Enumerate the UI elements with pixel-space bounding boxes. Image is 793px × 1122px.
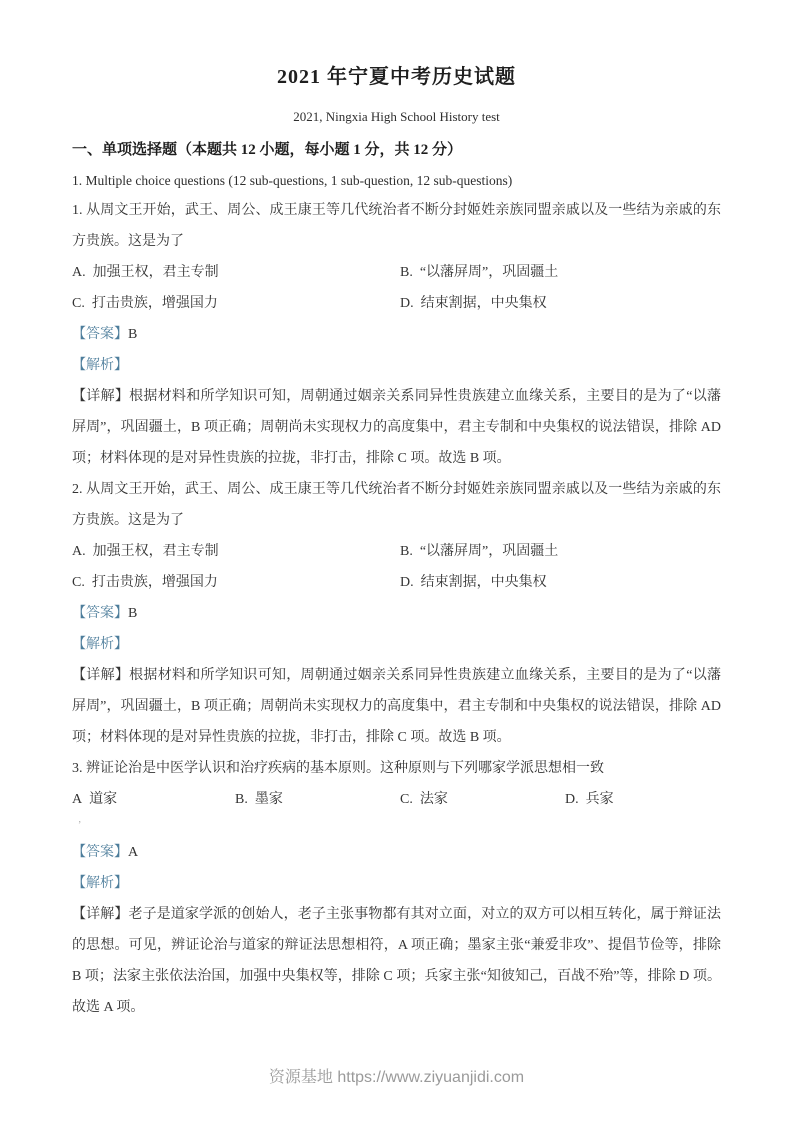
section-heading: 一、单项选择题（本题共 12 小题，每小题 1 分，共 12 分）	[72, 139, 721, 161]
detail-label: 【详解】	[72, 668, 129, 683]
detail-paragraph: 【详解】老子是道家学派的创始人，老子主张事物都有其对立面，对立的双方可以相互转化…	[72, 899, 721, 1023]
analysis-label: 【解析】	[72, 876, 128, 891]
page-subtitle: 2021, Ningxia High School History test	[72, 107, 721, 127]
option-label: B.	[400, 544, 413, 559]
analysis-label: 【解析】	[72, 358, 128, 373]
question-stem: 3. 辨证论治是中医学认识和治疗疾病的基本原则。这种原则与下列哪家学派思想相一致	[72, 753, 721, 784]
option-c: C.打击贵族，增强国力	[72, 567, 400, 598]
option-label: C.	[72, 296, 85, 311]
option-label: B.	[400, 265, 413, 280]
option-label: C.	[400, 792, 413, 807]
detail-paragraph: 【详解】根据材料和所学知识可知，周朝通过姻亲关系同异性贵族建立血缘关系，主要目的…	[72, 381, 721, 474]
answer-value: B	[128, 606, 137, 621]
question-stem: 2. 从周文王开始，武王、周公、成王康王等几代统治者不断分封姬姓亲族同盟亲戚以及…	[72, 474, 721, 536]
analysis-line: 【解析】	[72, 868, 721, 899]
detail-text: 根据材料和所学知识可知，周朝通过姻亲关系同异性贵族建立血缘关系，主要目的是为了“…	[72, 389, 721, 466]
document-page: 2021 年宁夏中考历史试题 2021, Ningxia High School…	[0, 0, 793, 1088]
option-label: A	[72, 792, 82, 807]
option-text: 法家	[420, 792, 448, 807]
answer-line: 【答案】B	[72, 319, 721, 350]
option-text: 结束割据，中央集权	[421, 575, 547, 590]
option-a: A.加强王权，君主专制	[72, 536, 400, 567]
option-d: D.兵家	[565, 784, 721, 815]
option-d: D.结束割据，中央集权	[400, 567, 721, 598]
answer-label: 【答案】	[72, 327, 128, 342]
option-text: 道家	[89, 792, 117, 807]
analysis-line: 【解析】	[72, 350, 721, 381]
options-grid: A道家 B.墨家 C.法家 D.兵家	[72, 784, 721, 815]
page-title: 2021 年宁夏中考历史试题	[72, 62, 721, 92]
option-text: “以藩屏周”，巩固疆土	[420, 544, 558, 559]
answer-line: 【答案】B	[72, 598, 721, 629]
detail-label: 【详解】	[72, 389, 129, 404]
detail-label: 【详解】	[72, 907, 128, 922]
section-heading-en: 1. Multiple choice questions (12 sub-que…	[72, 171, 721, 191]
options-grid: A.加强王权，君主专制 B.“以藩屏周”，巩固疆土 C.打击贵族，增强国力 D.…	[72, 536, 721, 598]
footer-link[interactable]: 资源基地 https://www.ziyuanjidi.com	[269, 1069, 524, 1086]
option-b: B.墨家	[235, 784, 400, 815]
scan-artifact-mark: ’	[72, 815, 721, 837]
answer-label: 【答案】	[72, 845, 128, 860]
answer-label: 【答案】	[72, 606, 128, 621]
option-label: D.	[565, 792, 579, 807]
analysis-label: 【解析】	[72, 637, 128, 652]
option-text: 结束割据，中央集权	[421, 296, 547, 311]
option-label: D.	[400, 296, 414, 311]
answer-value: A	[128, 845, 138, 860]
analysis-line: 【解析】	[72, 629, 721, 660]
option-c: C.法家	[400, 784, 565, 815]
option-text: 加强王权，君主专制	[93, 265, 219, 280]
option-text: 打击贵族，增强国力	[92, 575, 218, 590]
question-stem: 1. 从周文王开始，武王、周公、成王康王等几代统治者不断分封姬姓亲族同盟亲戚以及…	[72, 195, 721, 257]
option-b: B.“以藩屏周”，巩固疆土	[400, 536, 721, 567]
option-text: 墨家	[255, 792, 283, 807]
option-d: D.结束割据，中央集权	[400, 288, 721, 319]
option-c: C.打击贵族，增强国力	[72, 288, 400, 319]
option-label: A.	[72, 544, 86, 559]
option-a: A.加强王权，君主专制	[72, 257, 400, 288]
option-text: 打击贵族，增强国力	[92, 296, 218, 311]
detail-text: 根据材料和所学知识可知，周朝通过姻亲关系同异性贵族建立血缘关系，主要目的是为了“…	[72, 668, 721, 745]
question-block-2: 2. 从周文王开始，武王、周公、成王康王等几代统治者不断分封姬姓亲族同盟亲戚以及…	[72, 474, 721, 753]
option-text: 加强王权，君主专制	[93, 544, 219, 559]
answer-line: 【答案】A	[72, 837, 721, 868]
options-grid: A.加强王权，君主专制 B.“以藩屏周”，巩固疆土 C.打击贵族，增强国力 D.…	[72, 257, 721, 319]
option-label: C.	[72, 575, 85, 590]
option-text: 兵家	[586, 792, 614, 807]
answer-value: B	[128, 327, 137, 342]
option-a: A道家	[72, 784, 235, 815]
option-b: B.“以藩屏周”，巩固疆土	[400, 257, 721, 288]
option-text: “以藩屏周”，巩固疆土	[420, 265, 558, 280]
footer-watermark: 资源基地 https://www.ziyuanjidi.com	[72, 1068, 721, 1088]
detail-text: 老子是道家学派的创始人，老子主张事物都有其对立面，对立的双方可以相互转化，属于辩…	[72, 907, 721, 1015]
option-label: A.	[72, 265, 86, 280]
question-block-3: 3. 辨证论治是中医学认识和治疗疾病的基本原则。这种原则与下列哪家学派思想相一致…	[72, 753, 721, 1023]
question-block-1: 1. 从周文王开始，武王、周公、成王康王等几代统治者不断分封姬姓亲族同盟亲戚以及…	[72, 195, 721, 474]
option-label: B.	[235, 792, 248, 807]
option-label: D.	[400, 575, 414, 590]
detail-paragraph: 【详解】根据材料和所学知识可知，周朝通过姻亲关系同异性贵族建立血缘关系，主要目的…	[72, 660, 721, 753]
